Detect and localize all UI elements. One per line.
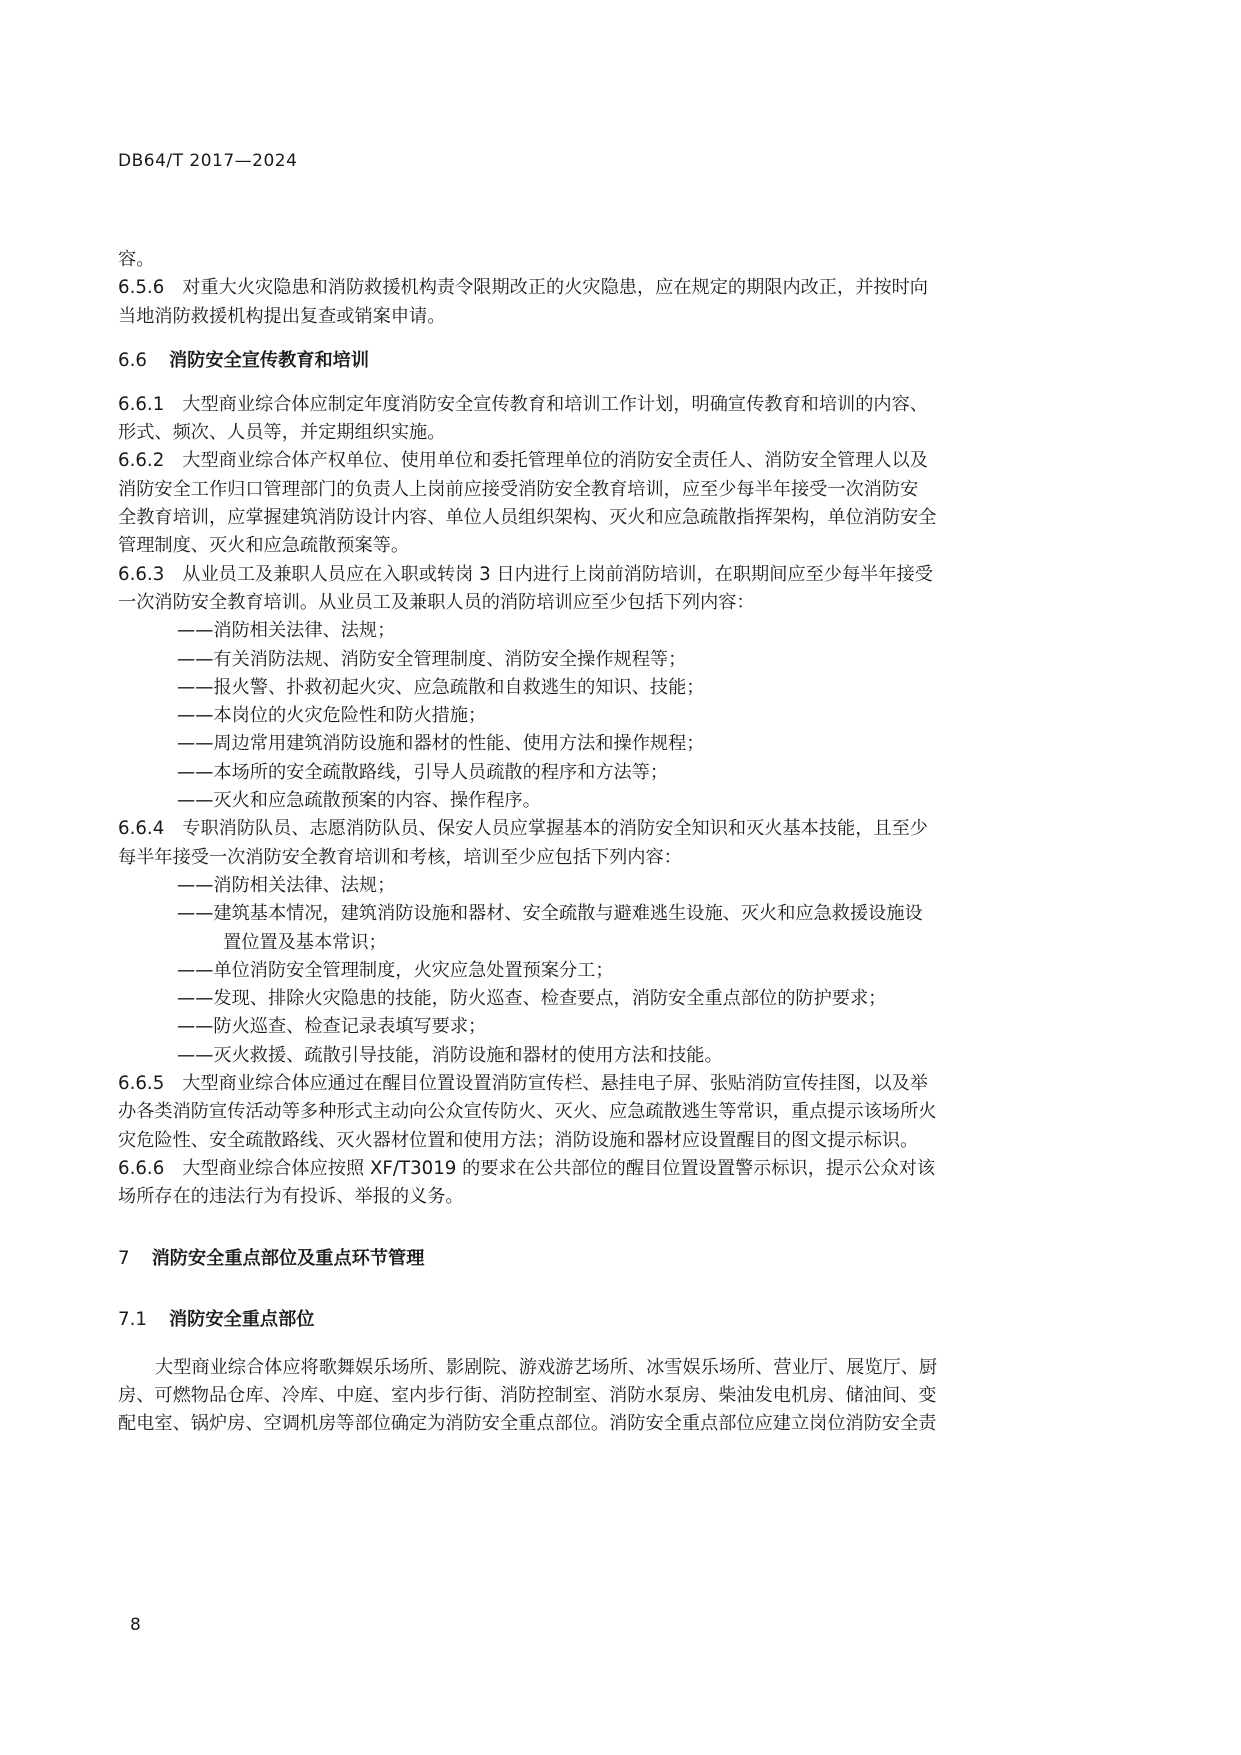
- list-item-continuation: 置位置及基本常识；: [118, 929, 1124, 957]
- clause-text: 大型商业综合体应制定年度消防安全宣传教育和培训工作计划，明确宣传教育和培训的内容…: [182, 394, 928, 415]
- list-item: ——本场所的安全疏散路线，引导人员疏散的程序和方法等；: [118, 759, 1124, 787]
- clause-number: 6.6.5: [118, 1070, 164, 1098]
- section-title: 消防安全重点部位: [169, 1309, 315, 1330]
- clause-text: 全教育培训，应掌握建筑消防设计内容、单位人员组织架构、灭火和应急疏散指挥架构，单…: [118, 504, 1124, 532]
- clause-number: 6.6.2: [118, 447, 164, 475]
- list-item: ——有关消防法规、消防安全管理制度、消防安全操作规程等；: [118, 646, 1124, 674]
- paragraph-continuation: 容。: [118, 246, 1124, 274]
- paragraph-text: 大型商业综合体应将歌舞娱乐场所、影剧院、游戏游艺场所、冰雪娱乐场所、营业厅、展览…: [118, 1354, 1124, 1382]
- clause-text: 一次消防安全教育培训。从业员工及兼职人员的消防培训应至少包括下列内容：: [118, 589, 1124, 617]
- clause-text: 对重大火灾隐患和消防救援机构责令限期改正的火灾隐患，应在规定的期限内改正，并按时…: [182, 277, 928, 298]
- paragraph-text: 配电室、锅炉房、空调机房等部位确定为消防安全重点部位。消防安全重点部位应建立岗位…: [118, 1410, 1124, 1438]
- clause-number: 6.5.6: [118, 274, 164, 302]
- clause-6-6-2: 6.6.2大型商业综合体产权单位、使用单位和委托管理单位的消防安全责任人、消防安…: [118, 447, 1124, 560]
- clause-number: 6.6.4: [118, 815, 164, 843]
- paragraph-7-1: 大型商业综合体应将歌舞娱乐场所、影剧院、游戏游艺场所、冰雪娱乐场所、营业厅、展览…: [118, 1354, 1124, 1439]
- clause-number: 6.6.6: [118, 1155, 164, 1183]
- section-heading-7: 7消防安全重点部位及重点环节管理: [118, 1245, 1124, 1273]
- clause-text: 灾危险性、安全疏散路线、灭火器材位置和使用方法；消防设施和器材应设置醒目的图文提…: [118, 1127, 1124, 1155]
- clause-6-6-3: 6.6.3从业员工及兼职人员应在入职或转岗 3 日内进行上岗前消防培训，在职期间…: [118, 561, 1124, 816]
- clause-text: 从业员工及兼职人员应在入职或转岗 3 日内进行上岗前消防培训，在职期间应至少每半…: [182, 564, 933, 585]
- clause-text: 消防安全工作归口管理部门的负责人上岗前应接受消防安全教育培训，应至少每半年接受一…: [118, 476, 1124, 504]
- list-item: ——消防相关法律、法规；: [118, 872, 1124, 900]
- clause-6-6-1: 6.6.1大型商业综合体应制定年度消防安全宣传教育和培训工作计划，明确宣传教育和…: [118, 391, 1124, 448]
- section-heading-6-6: 6.6消防安全宣传教育和培训: [118, 347, 1124, 375]
- clause-text: 大型商业综合体应按照 XF/T3019 的要求在公共部位的醒目位置设置警示标识，…: [182, 1158, 935, 1179]
- section-title: 消防安全重点部位及重点环节管理: [152, 1248, 425, 1269]
- page-number: 8: [130, 1615, 141, 1635]
- list-item: ——防火巡查、检查记录表填写要求；: [118, 1013, 1124, 1041]
- clause-text: 每半年接受一次消防安全教育培训和考核，培训至少应包括下列内容：: [118, 844, 1124, 872]
- paragraph-text: 房、可燃物品仓库、冷库、中庭、室内步行街、消防控制室、消防水泵房、柴油发电机房、…: [118, 1382, 1124, 1410]
- list-item: ——消防相关法律、法规；: [118, 617, 1124, 645]
- clause-text: 大型商业综合体产权单位、使用单位和委托管理单位的消防安全责任人、消防安全管理人以…: [182, 450, 928, 471]
- list-item: ——灭火救援、疏散引导技能，消防设施和器材的使用方法和技能。: [118, 1042, 1124, 1070]
- section-number: 6.6: [118, 347, 147, 375]
- clause-text: 场所存在的违法行为有投诉、举报的义务。: [118, 1183, 1124, 1211]
- list-item: ——周边常用建筑消防设施和器材的性能、使用方法和操作规程；: [118, 730, 1124, 758]
- clause-text: 大型商业综合体应通过在醒目位置设置消防宣传栏、悬挂电子屏、张贴消防宣传挂图，以及…: [182, 1073, 928, 1094]
- list-item: ——发现、排除火灾隐患的技能，防火巡查、检查要点，消防安全重点部位的防护要求；: [118, 985, 1124, 1013]
- clause-number: 6.6.3: [118, 561, 164, 589]
- section-number: 7: [118, 1245, 130, 1273]
- clause-6-6-5: 6.6.5大型商业综合体应通过在醒目位置设置消防宣传栏、悬挂电子屏、张贴消防宣传…: [118, 1070, 1124, 1155]
- section-heading-7-1: 7.1消防安全重点部位: [118, 1306, 1124, 1334]
- clause-6-6-6: 6.6.6大型商业综合体应按照 XF/T3019 的要求在公共部位的醒目位置设置…: [118, 1155, 1124, 1212]
- list-item: ——报火警、扑救初起火灾、应急疏散和自救逃生的知识、技能；: [118, 674, 1124, 702]
- list-item: ——建筑基本情况，建筑消防设施和器材、安全疏散与避难逃生设施、灭火和应急救援设施…: [118, 900, 1124, 928]
- section-title: 消防安全宣传教育和培训: [169, 350, 369, 371]
- clause-text: 当地消防救援机构提出复查或销案申请。: [118, 303, 1124, 331]
- document-code: DB64/T 2017—2024: [118, 151, 297, 171]
- list-item: ——灭火和应急疏散预案的内容、操作程序。: [118, 787, 1124, 815]
- section-number: 7.1: [118, 1306, 147, 1334]
- clause-text: 办各类消防宣传活动等多种形式主动向公众宣传防火、灭火、应急疏散逃生等常识，重点提…: [118, 1098, 1124, 1126]
- clause-text: 形式、频次、人员等，并定期组织实施。: [118, 419, 1124, 447]
- clause-6-6-4: 6.6.4专职消防队员、志愿消防队员、保安人员应掌握基本的消防安全知识和灭火基本…: [118, 815, 1124, 1070]
- clause-number: 6.6.1: [118, 391, 164, 419]
- document-body: 容。 6.5.6对重大火灾隐患和消防救援机构责令限期改正的火灾隐患，应在规定的期…: [118, 246, 1124, 1438]
- clause-6-5-6: 6.5.6对重大火灾隐患和消防救援机构责令限期改正的火灾隐患，应在规定的期限内改…: [118, 274, 1124, 331]
- list-item: ——本岗位的火灾危险性和防火措施；: [118, 702, 1124, 730]
- clause-text: 专职消防队员、志愿消防队员、保安人员应掌握基本的消防安全知识和灭火基本技能，且至…: [182, 818, 928, 839]
- list-item: ——单位消防安全管理制度，火灾应急处置预案分工；: [118, 957, 1124, 985]
- clause-text: 管理制度、灭火和应急疏散预案等。: [118, 532, 1124, 560]
